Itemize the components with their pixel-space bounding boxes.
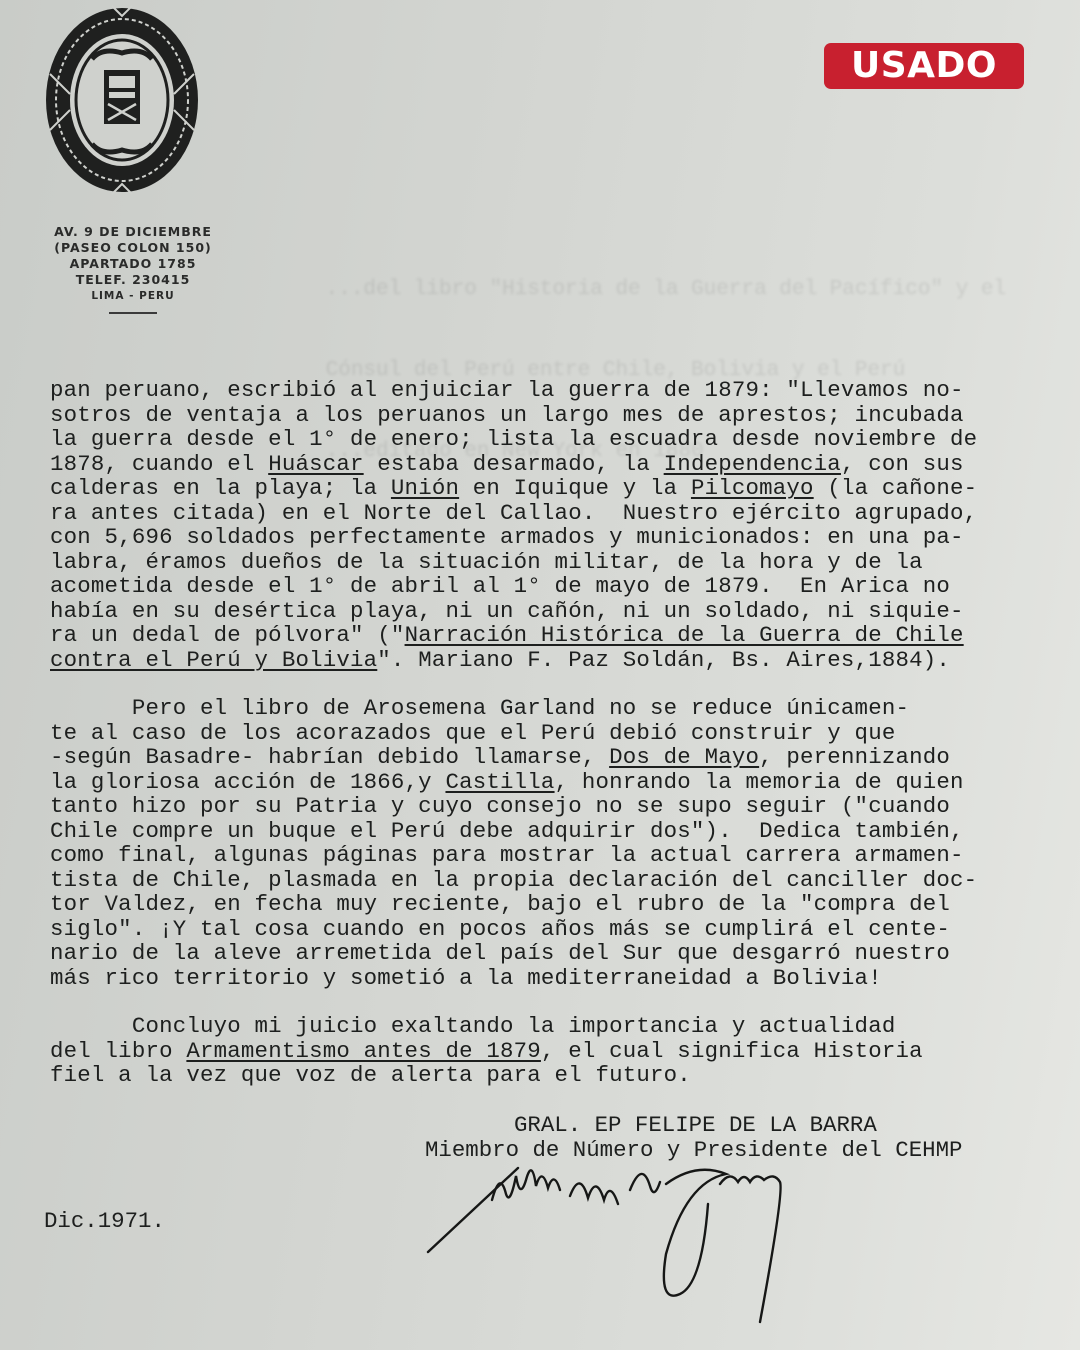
letterhead-address: AV. 9 DE DICIEMBRE (PASEO COLON 150) APA…: [26, 224, 240, 314]
text-line: ra antes citada) en el Norte del Callao.…: [50, 501, 1050, 526]
text-line: Pero el libro de Arosemena Garland no se…: [50, 696, 1050, 721]
address-line: AV. 9 DE DICIEMBRE: [26, 224, 240, 240]
text-line: la gloriosa acción de 1866,y Castilla, h…: [50, 770, 1050, 795]
address-line: TELEF. 230415: [26, 272, 240, 288]
text-line: labra, éramos dueños de la situación mil…: [50, 550, 1050, 575]
text-line: acometida desde el 1° de abril al 1° de …: [50, 574, 1050, 599]
text-line: había en su desértica playa, ni un cañón…: [50, 599, 1050, 624]
paragraph-conclusion: Concluyo mi juicio exaltando la importan…: [50, 1014, 1050, 1088]
text-line: tor Valdez, en fecha muy reciente, bajo …: [50, 892, 1050, 917]
address-line: APARTADO 1785: [26, 256, 240, 272]
text-line: ra un dedal de pólvora" ("Narración Hist…: [50, 623, 1050, 648]
text-line: pan peruano, escribió al enjuiciar la gu…: [50, 378, 1050, 403]
text-line: nario de la aleve arremetida del país de…: [50, 941, 1050, 966]
text-line: Concluyo mi juicio exaltando la importan…: [50, 1014, 1050, 1039]
text-line: tanto hizo por su Patria y cuyo consejo …: [50, 794, 1050, 819]
text-line: -según Basadre- habrían debido llamarse,…: [50, 745, 1050, 770]
institutional-seal-icon: [42, 4, 202, 196]
text-line: fiel a la vez que voz de alerta para el …: [50, 1063, 1050, 1088]
letter-date: Dic.1971.: [44, 1208, 165, 1234]
text-line: sotros de ventaja a los peruanos un larg…: [50, 403, 1050, 428]
text-line: del libro Armamentismo antes de 1879, el…: [50, 1039, 1050, 1064]
text-line: la guerra desde el 1° de enero; lista la…: [50, 427, 1050, 452]
handwritten-signature-icon: [420, 1160, 940, 1350]
paragraph-quote: pan peruano, escribió al enjuiciar la gu…: [50, 378, 1050, 672]
text-line: más rico territorio y sometió a la medit…: [50, 966, 1050, 991]
signatory-name: GRAL. EP FELIPE DE LA BARRA: [425, 1113, 1025, 1138]
text-line: con 5,696 soldados perfectamente armados…: [50, 525, 1050, 550]
signature-block: GRAL. EP FELIPE DE LA BARRA Miembro de N…: [425, 1113, 1025, 1163]
paragraph-book-review: Pero el libro de Arosemena Garland no se…: [50, 696, 1050, 990]
used-condition-badge: USADO: [824, 43, 1024, 89]
address-line: LIMA - PERU: [26, 288, 240, 304]
text-line: tista de Chile, plasmada en la propia de…: [50, 868, 1050, 893]
address-line: (PASEO COLON 150): [26, 240, 240, 256]
address-divider: [109, 312, 157, 314]
text-line: te al caso de los acorazados que el Perú…: [50, 721, 1050, 746]
letter-body: pan peruano, escribió al enjuiciar la gu…: [50, 378, 1050, 1088]
text-line: calderas en la playa; la Unión en Iquiqu…: [50, 476, 1050, 501]
text-line: contra el Perú y Bolivia". Mariano F. Pa…: [50, 648, 1050, 673]
text-line: Chile compre un buque el Perú debe adqui…: [50, 819, 1050, 844]
text-line: 1878, cuando el Huáscar estaba desarmado…: [50, 452, 1050, 477]
text-line: como final, algunas páginas para mostrar…: [50, 843, 1050, 868]
text-line: siglo". ¡Y tal cosa cuando en pocos años…: [50, 917, 1050, 942]
